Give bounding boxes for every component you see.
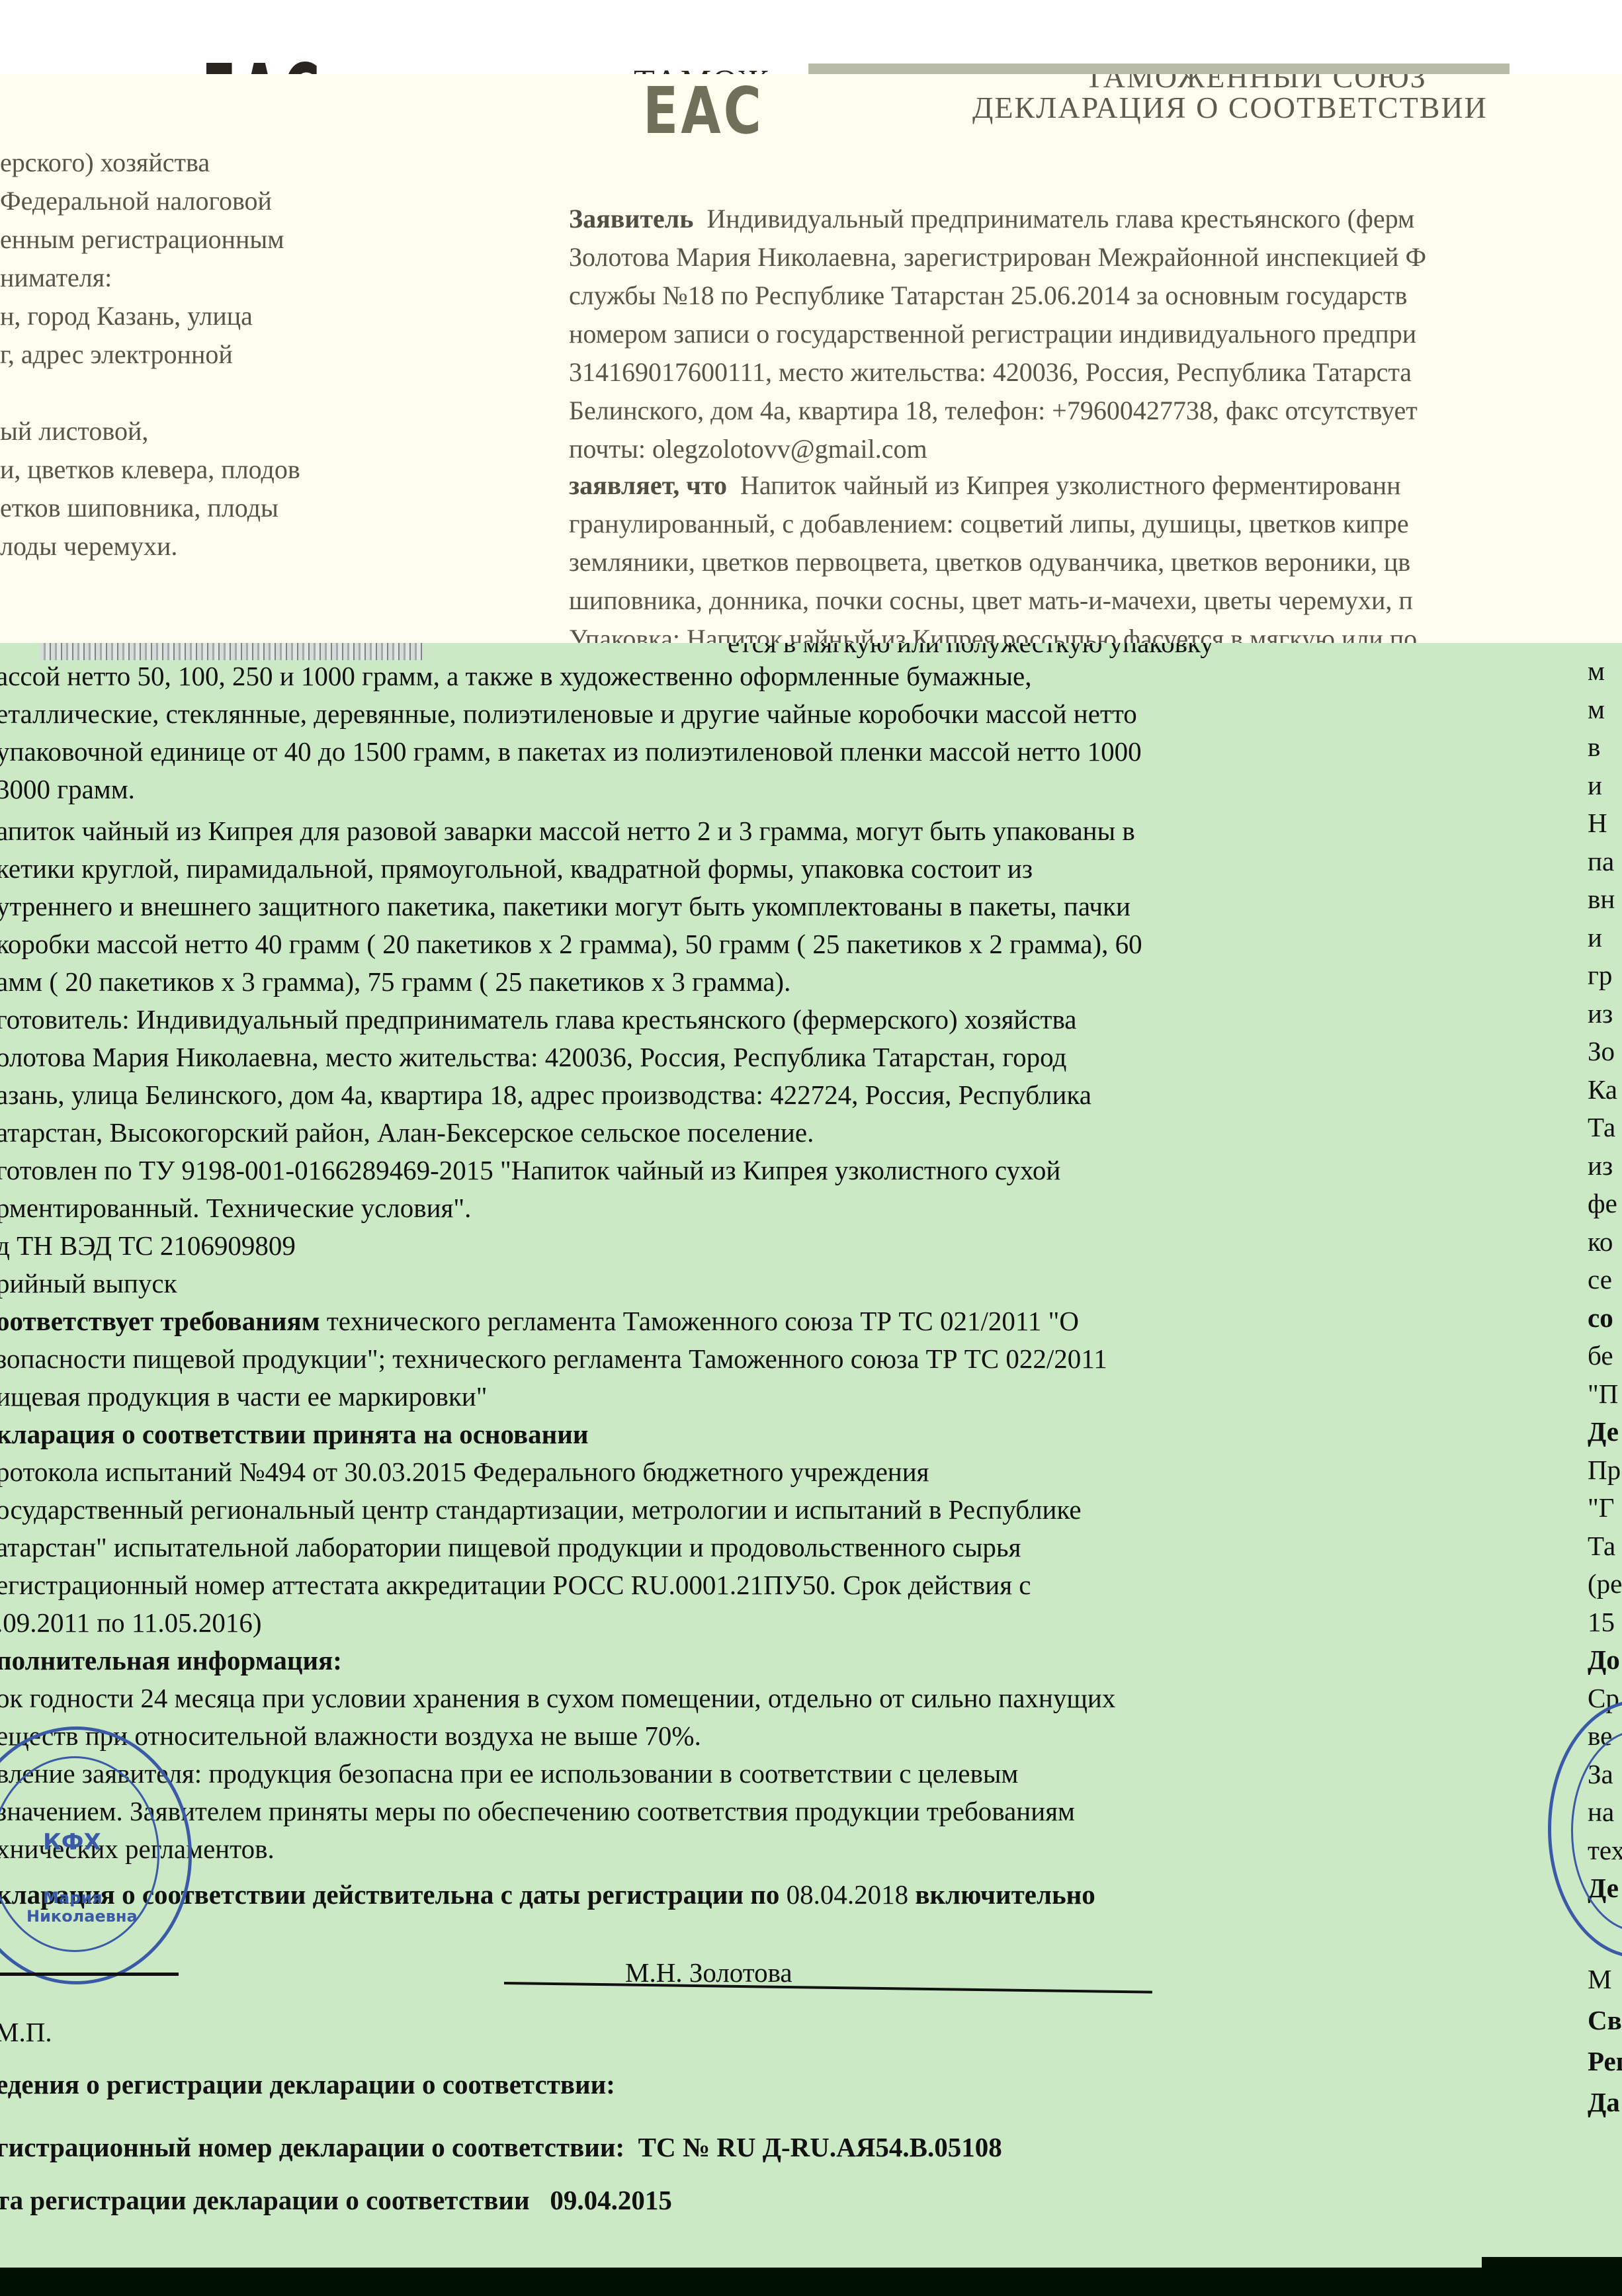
body-line: д ТН ВЭД ТС 2106909809 [0,1230,296,1261]
body-line-text: .09.2011 по 11.05.2016) [0,1607,262,1638]
right-fragment-line: из [1588,998,1613,1029]
left-fragment-line: и, цветков клевера, плодов [0,454,300,485]
body-line: полнительная информация: [0,1644,342,1676]
right-fragment-line: Ка [1588,1074,1617,1105]
body-line: готовлен по ТУ 9198-001-0166289469-2015 … [0,1154,1060,1186]
right-fragment-line: гр [1588,959,1612,991]
body-line-text: 3000 грамм. [0,774,135,804]
right-fragment-line: 15 [1588,1606,1615,1638]
left-fragment-line: ерского) хозяйства [0,147,210,178]
right-fragment-line: Да [1588,2086,1620,2118]
registration-heading: едения о регистрации декларации о соотве… [0,2068,615,2100]
right-fragment-line: м [1588,655,1605,687]
body-line: апиток чайный из Кипрея для разовой зава… [0,815,1135,847]
scan-artifact-strip [40,643,423,660]
body-line-text: рийный выпуск [0,1268,177,1298]
stamp-name-1: Мария [43,1889,102,1907]
body-line-text: осударственный региональный центр станда… [0,1494,1082,1525]
body-line-text: егистрационный номер аттестата аккредита… [0,1570,1031,1600]
body-line: 3000 грамм. [0,773,135,805]
applicant-line: службы №18 по Республике Татарстан 25.06… [569,280,1407,311]
product-line: гранулированный, с добавлением: соцветий… [569,508,1409,539]
applicant-line: номером записи о государственной регистр… [569,318,1416,349]
body-line: олотова Мария Николаевна, место жительст… [0,1041,1066,1073]
registration-number-row: гистрационный номер декларации о соответ… [0,2131,1002,2163]
right-fragment-line: Та [1588,1530,1615,1562]
body-line: атарстан" испытательной лаборатории пище… [0,1531,1021,1563]
right-fragment-line: и [1588,921,1602,953]
registration-date-label: та регистрации декларации о соответствии [0,2185,530,2215]
body-line-text: ищевая продукция в части ее маркировки" [0,1381,487,1412]
declaration-top-section: EAC ТАМОЖЕННЫЙ СОЮЗ ДЕКЛАРАЦИЯ О СООТВЕТ… [0,74,1622,643]
applicant-line: почты: olegzolotovv@gmail.com [569,433,927,464]
body-line: готовитель: Индивидуальный предпринимате… [0,1003,1077,1035]
product-line: земляники, цветков первоцвета, цветков о… [569,546,1410,577]
body-line-text: готовитель: Индивидуальный предпринимате… [0,1004,1077,1035]
registration-number-label: гистрационный номер декларации о соответ… [0,2132,624,2162]
applicant-line: Белинского, дом 4а, квартира 18, телефон… [569,395,1418,426]
right-fragment-line: До [1588,1644,1620,1676]
body-line: рментированный. Технические условия". [0,1192,471,1224]
right-fragment-line: Пр [1588,1454,1621,1486]
body-line: коробки массой нетто 40 грамм ( 20 пакет… [0,928,1142,960]
declaration-body-section: ется в мягкую или полужесткую упаковку а… [0,643,1622,2274]
right-fragment-line: Св [1588,2004,1622,2036]
registration-number-value: ТС № RU Д-RU.АЯ54.В.05108 [638,2132,1002,2162]
body-line-text: азань, улица Белинского, дом 4а, квартир… [0,1080,1091,1110]
left-fragment-line: енным регистрационным [0,224,284,255]
body-line: ротокола испытаний №494 от 30.03.2015 Фе… [0,1456,929,1488]
right-fragment-line: в [1588,731,1600,763]
body-line-text: зопасности пищевой продукции"; техническ… [0,1343,1107,1374]
seal-mark: М.П. [0,2016,52,2048]
body-line: оответствует требованиям технического ре… [0,1305,1079,1337]
body-line: ассой нетто 50, 100, 250 и 1000 грамм, а… [0,660,1031,692]
right-fragment-line: "П [1588,1378,1618,1410]
left-fragment-line: ый листовой, [0,415,148,446]
left-fragment-line: н, город Казань, улица [0,300,253,331]
right-fragment-line: Рег [1588,2045,1622,2077]
body-line-text: 08.04.2018 [779,1879,915,1910]
right-fragment-line: Зо [1588,1035,1615,1067]
body-line-text: кетики круглой, пирамидальной, прямоугол… [0,853,1033,884]
product-line: шиповника, донника, почки сосны, цвет ма… [569,585,1413,616]
body-line-text: атарстан" испытательной лаборатории пище… [0,1532,1021,1562]
right-fragment-line: м [1588,693,1605,725]
body-line-text: апиток чайный из Кипрея для разовой зава… [0,816,1135,846]
scan-artifact-bar [808,64,1510,74]
body-line-text: д ТН ВЭД ТС 2106909809 [0,1230,296,1261]
body-line: ищевая продукция в части ее маркировки" [0,1381,487,1412]
body-line-text: олотова Мария Николаевна, место жительст… [0,1042,1066,1072]
body-line-bold: оответствует требованиям [0,1306,320,1336]
body-line: рийный выпуск [0,1267,177,1299]
body-line: кетики круглой, пирамидальной, прямоугол… [0,853,1033,884]
registration-date-value: 09.04.2015 [550,2185,672,2215]
right-fragment-line: па [1588,845,1614,877]
body-line: атарстан, Высокогорский район, Алан-Бекс… [0,1117,814,1148]
right-fragment-line: и [1588,769,1602,801]
body-line: зопасности пищевой продукции"; техническ… [0,1343,1107,1375]
body-line-text: амм ( 20 пакетиков х 3 грамма), 75 грамм… [0,966,790,997]
eac-logo: EAC [643,74,764,149]
signature-line-left [0,1973,179,1976]
right-fragment-line: (ре [1588,1568,1622,1599]
body-line: амм ( 20 пакетиков х 3 грамма), 75 грамм… [0,966,790,998]
left-fragment-line: лоды черемухи. [0,531,177,562]
product-text: Напиток чайный из Кипрея узколистного фе… [740,470,1401,500]
body-line-text: готовлен по ТУ 9198-001-0166289469-2015 … [0,1155,1060,1185]
stamp-inner-ring [1571,1730,1622,1932]
body-line-text: упаковочной единице от 40 до 1500 грамм,… [0,736,1142,767]
registration-date-row: та регистрации декларации о соответствии… [0,2184,672,2216]
applicant-line: Золотова Мария Николаевна, зарегистриров… [569,241,1426,273]
left-fragment-line: нимателя: [0,262,112,293]
body-line: кларация о соответствии принята на основ… [0,1418,589,1450]
body-line: азань, улица Белинского, дом 4а, квартир… [0,1079,1091,1111]
right-fragment-line: бе [1588,1339,1613,1371]
left-fragment-line: Федеральной налоговой [0,185,272,216]
right-fragment-line: ко [1588,1226,1613,1257]
applicant-first-line: Заявитель Индивидуальный предприниматель… [569,203,1414,234]
body-line-text: коробки массой нетто 40 грамм ( 20 пакет… [0,929,1142,959]
body-line-text: технического регламента Таможенного союз… [320,1306,1079,1336]
left-fragment-line: етков шиповника, плоды [0,492,278,523]
stamp-name-2: Николаевна [26,1907,138,1926]
body-line-text: еталлические, стеклянные, деревянные, по… [0,699,1137,729]
body-line: еталлические, стеклянные, деревянные, по… [0,698,1137,730]
product-line: Упаковка: Напиток чайный из Кипрея россы… [569,623,1417,643]
right-fragment-line: Де [1588,1416,1619,1447]
right-fragment-line: из [1588,1150,1613,1181]
right-fragment-line: фе [1588,1187,1617,1219]
left-fragment-line: г, адрес электронной [0,339,233,370]
body-line-text: рментированный. Технические условия". [0,1193,471,1223]
body-line: ок годности 24 месяца при условии хранен… [0,1682,1115,1714]
body-line: егистрационный номер аттестата аккредита… [0,1569,1031,1601]
body-line: утреннего и внешнего защитного пакетика,… [0,890,1131,922]
right-fragment-line: со [1588,1302,1613,1334]
body-line-text: ассой нетто 50, 100, 250 и 1000 грамм, а… [0,661,1031,691]
declares-first-line: заявляет, что Напиток чайный из Кипрея у… [569,470,1401,501]
body-line-text: ротокола испытаний №494 от 30.03.2015 Фе… [0,1457,929,1487]
applicant-label: Заявитель [569,204,693,234]
body-line: осударственный региональный центр станда… [0,1494,1082,1525]
body-line: упаковочной единице от 40 до 1500 грамм,… [0,736,1142,767]
body-line-text: утреннего и внешнего защитного пакетика,… [0,891,1131,921]
applicant-line: 314169017600111, место жительства: 42003… [569,357,1412,388]
body-line-text: атарстан, Высокогорский район, Алан-Бекс… [0,1117,814,1148]
body-line-bold: включительно [915,1879,1095,1910]
right-fragment-line: "Г [1588,1492,1614,1523]
body-line-bold: полнительная информация: [0,1645,342,1676]
body-line-text: ок годности 24 месяца при условии хранен… [0,1683,1115,1713]
applicant-text: Индивидуальный предприниматель глава кре… [706,204,1414,234]
stamp-center-text: КФХ [43,1829,101,1855]
right-fragment-line: вн [1588,883,1615,915]
body-line-bold: кларация о соответствии принята на основ… [0,1419,589,1449]
document-title: ДЕКЛАРАЦИЯ О СООТВЕТСТВИИ [972,90,1488,125]
right-fragment-line: М [1588,1963,1611,1995]
right-fragment-line: Та [1588,1111,1615,1143]
right-fragment-line: Н [1588,807,1607,839]
packaging-overlap-line: ется в мягкую или полужесткую упаковку [728,643,1214,659]
scan-edge-bottom [0,2268,1622,2296]
body-line: .09.2011 по 11.05.2016) [0,1607,262,1638]
right-fragment-line: се [1588,1263,1612,1295]
declares-label: заявляет, что [569,470,727,500]
